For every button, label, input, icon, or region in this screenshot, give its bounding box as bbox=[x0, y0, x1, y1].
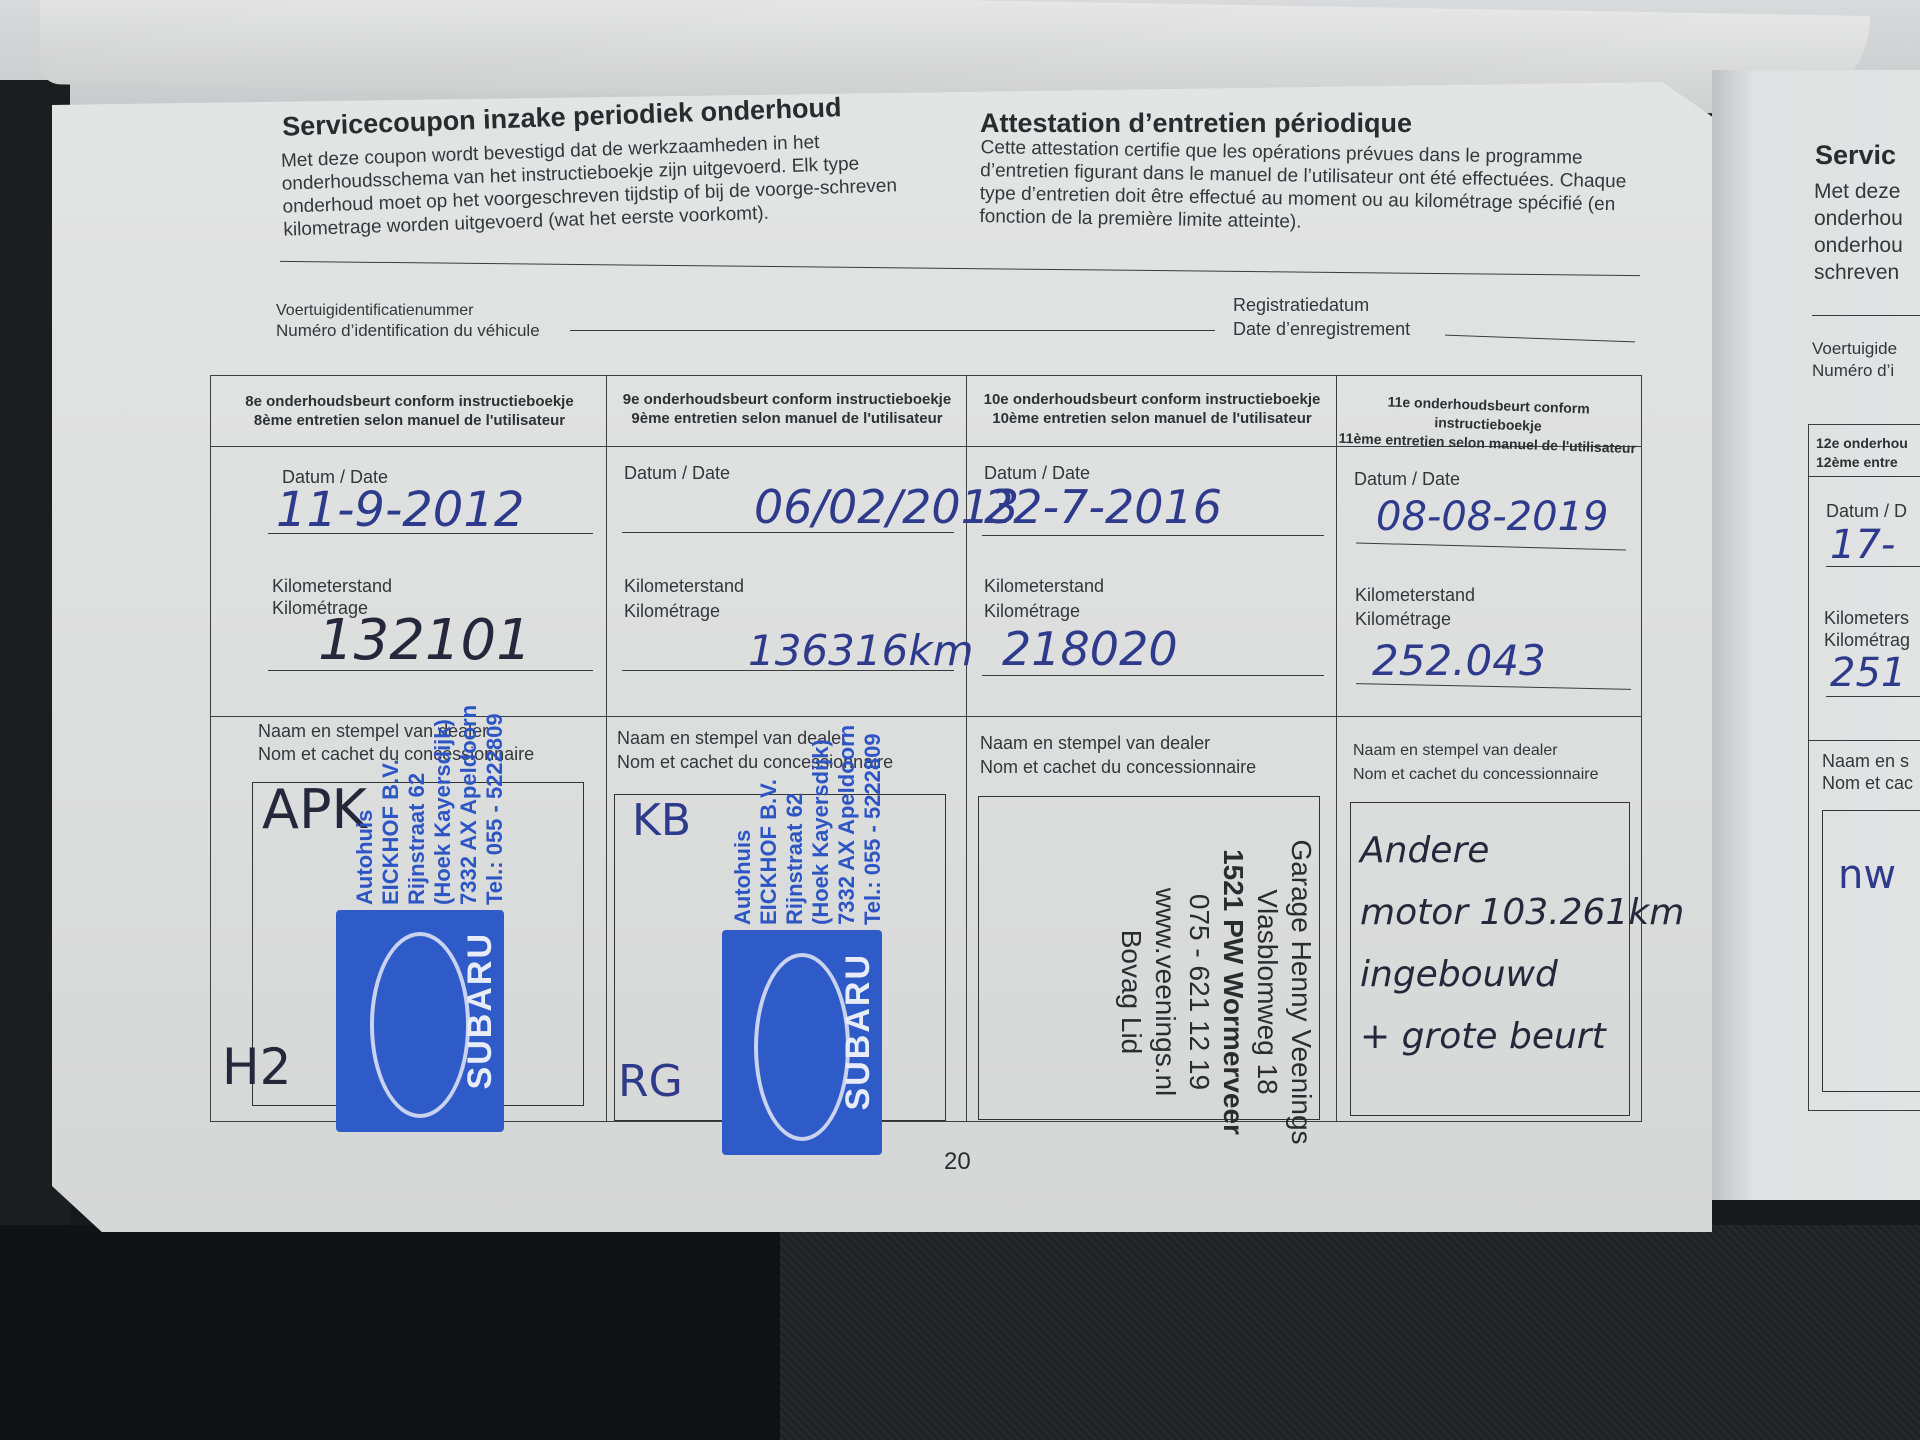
next-page-km[interactable]: 251 bbox=[1830, 650, 1906, 696]
stamp-line: Vlasblomweg 18 bbox=[1250, 782, 1284, 1202]
service-10-dealer-label-nl: Naam en stempel van dealer bbox=[980, 732, 1210, 754]
service-11-km-label-fr: Kilométrage bbox=[1355, 608, 1451, 630]
label-line: Kilométrag bbox=[1824, 629, 1910, 651]
km-line bbox=[982, 675, 1324, 676]
row-divider bbox=[1808, 476, 1920, 477]
next-page-km-label: Kilometers Kilométrag bbox=[1824, 607, 1910, 651]
service-10-dealer-label-fr: Nom et cachet du concessionnaire bbox=[980, 756, 1256, 778]
next-page-dealer-label: Naam en s Nom et cac bbox=[1822, 750, 1913, 794]
next-page-date-label: Datum / D bbox=[1826, 500, 1907, 522]
stamp-line: Bovag Lid bbox=[1114, 782, 1148, 1202]
service-11-dealer-label-nl: Naam en stempel van dealer bbox=[1353, 740, 1558, 762]
date-line bbox=[982, 535, 1324, 536]
reg-label-fr: Date d’enregistrement bbox=[1233, 318, 1410, 340]
stamp-brand: SUBARU bbox=[839, 953, 878, 1110]
service-8-date[interactable]: 11-9-2012 bbox=[276, 482, 524, 538]
service-10-km[interactable]: 218020 bbox=[1002, 622, 1178, 676]
stamp-line: Tel.: 055 - 5222809 bbox=[860, 725, 886, 925]
label-line: Numéro d’i bbox=[1812, 360, 1897, 382]
col-divider bbox=[606, 376, 607, 1121]
stamp-line: 7332 AX Apeldoorn bbox=[456, 705, 482, 905]
service-11-date[interactable]: 08-08-2019 bbox=[1376, 494, 1608, 540]
next-page-header: 12e onderhou 12ème entre bbox=[1816, 434, 1908, 472]
stamp-line: Rijnstraat 62 bbox=[404, 705, 430, 905]
row-divider bbox=[1808, 740, 1920, 741]
stamp-line: Autohuis bbox=[730, 725, 756, 925]
next-page-title: Servic bbox=[1815, 140, 1896, 171]
service-10-dealer-stamp: Garage Henny Veenings Vlasblomweg 18 152… bbox=[1114, 782, 1318, 1202]
fr-intro-text: Cette attestation certifie que les opéra… bbox=[979, 136, 1661, 240]
next-page-vin: Voertuigide Numéro d’i bbox=[1812, 338, 1897, 382]
stamp-line: www.veenings.nl bbox=[1148, 782, 1182, 1202]
service-10-header-fr: 10ème entretien selon manuel de l'utilis… bbox=[968, 409, 1336, 428]
stamp-line: 7332 AX Apeldoorn bbox=[834, 725, 860, 925]
service-8-header-fr: 8ème entretien selon manuel de l'utilisa… bbox=[212, 411, 607, 430]
stamp-line: Garage Henny Veenings bbox=[1284, 782, 1318, 1202]
subaru-logo-stamp: SUBARU bbox=[336, 910, 504, 1132]
service-9-date[interactable]: 06/02/2013 bbox=[754, 480, 1019, 534]
car-seat-fabric bbox=[780, 1225, 1920, 1440]
text-line: Met deze bbox=[1814, 178, 1920, 205]
header-line: 12ème entre bbox=[1816, 453, 1908, 472]
km-line bbox=[268, 670, 593, 671]
next-page-text: Met deze onderhou onderhou schreven bbox=[1814, 178, 1920, 286]
header-line: 12e onderhou bbox=[1816, 434, 1908, 453]
service-9-header-nl: 9e onderhoudsbeurt conform instructieboe… bbox=[608, 390, 966, 409]
subaru-logo-stamp: SUBARU bbox=[722, 930, 882, 1155]
stamp-line: Autohuis bbox=[352, 705, 378, 905]
text-line: onderhou bbox=[1814, 205, 1920, 232]
service-11-note: Andere motor 103.261km ingebouwd + grote… bbox=[1360, 820, 1684, 1068]
service-10-header-nl: 10e onderhoudsbeurt conform instructiebo… bbox=[968, 390, 1336, 409]
date-line bbox=[1826, 566, 1920, 567]
service-8-dealer-stamp: Autohuis EICKHOF B.V. Rijnstraat 62 (Hoe… bbox=[352, 705, 508, 905]
car-seat-dark bbox=[0, 1225, 790, 1440]
label-line: Voertuigide bbox=[1812, 338, 1897, 360]
next-page-date[interactable]: 17- bbox=[1830, 522, 1895, 568]
stamp-line: (Hoek Kayersdijk) bbox=[430, 705, 456, 905]
service-10-km-label-fr: Kilométrage bbox=[984, 600, 1080, 622]
stamp-line: (Hoek Kayersdijk) bbox=[808, 725, 834, 925]
label-line: Kilometers bbox=[1824, 607, 1910, 629]
subaru-stars-icon bbox=[754, 953, 850, 1141]
stamp-line: 075 - 621 12 19 bbox=[1182, 782, 1216, 1202]
note-line: Andere bbox=[1360, 820, 1684, 882]
note-line: ingebouwd bbox=[1360, 944, 1684, 1006]
km-line bbox=[1826, 696, 1920, 697]
fr-title: Attestation d’entretien périodique bbox=[980, 108, 1412, 139]
service-11-dealer-label-fr: Nom et cachet du concessionnaire bbox=[1353, 764, 1598, 786]
date-line bbox=[268, 533, 593, 534]
subaru-stars-icon bbox=[370, 932, 470, 1118]
service-11-header: 11e onderhoudsbeurt conform instructiebo… bbox=[1337, 391, 1639, 458]
text-line: onderhou bbox=[1814, 232, 1920, 259]
service-9-note-initials-top: KB bbox=[632, 795, 691, 846]
label-line: Nom et cac bbox=[1822, 772, 1913, 794]
text-line: schreven bbox=[1814, 259, 1920, 286]
next-page-note: nw bbox=[1838, 852, 1896, 898]
service-9-km-label-nl: Kilometerstand bbox=[624, 575, 744, 597]
note-line: motor 103.261km bbox=[1360, 882, 1684, 944]
col-divider bbox=[1336, 376, 1337, 1121]
service-9-km[interactable]: 136316km bbox=[748, 626, 974, 675]
service-9-dealer-stamp: Autohuis EICKHOF B.V. Rijnstraat 62 (Hoe… bbox=[730, 725, 886, 925]
service-8-km[interactable]: 132101 bbox=[318, 608, 532, 673]
service-9-header-fr: 9ème entretien selon manuel de l'utilisa… bbox=[608, 409, 966, 428]
date-line bbox=[622, 532, 954, 533]
service-9-km-label-fr: Kilométrage bbox=[624, 600, 720, 622]
service-8-header: 8e onderhoudsbeurt conform instructieboe… bbox=[212, 392, 607, 430]
stamp-line: Tel.: 055 - 5222809 bbox=[482, 705, 508, 905]
page-number: 20 bbox=[944, 1148, 971, 1176]
service-8-note-initials: H2 bbox=[222, 1038, 291, 1096]
service-11-km-label-nl: Kilometerstand bbox=[1355, 584, 1475, 606]
stamp-line: EICKHOF B.V. bbox=[756, 725, 782, 925]
service-9-header: 9e onderhoudsbeurt conform instructieboe… bbox=[608, 390, 966, 428]
service-10-km-label-nl: Kilometerstand bbox=[984, 575, 1104, 597]
stamp-line: 1521 PW Wormerveer bbox=[1216, 782, 1250, 1202]
service-8-header-nl: 8e onderhoudsbeurt conform instructieboe… bbox=[212, 392, 607, 411]
note-line: + grote beurt bbox=[1360, 1006, 1684, 1068]
stamp-brand: SUBARU bbox=[461, 932, 500, 1089]
km-line bbox=[622, 670, 954, 671]
vin-label-fr: Numéro d’identification du véhicule bbox=[276, 320, 540, 342]
next-page-divider bbox=[1812, 315, 1920, 316]
stamp-line: EICKHOF B.V. bbox=[378, 705, 404, 905]
service-9-date-label: Datum / Date bbox=[624, 462, 730, 484]
reg-label-nl: Registratiedatum bbox=[1233, 294, 1369, 316]
service-10-header: 10e onderhoudsbeurt conform instructiebo… bbox=[968, 390, 1336, 428]
label-line: Naam en s bbox=[1822, 750, 1913, 772]
service-8-km-label-nl: Kilometerstand bbox=[272, 575, 392, 597]
service-11-date-label: Datum / Date bbox=[1354, 468, 1460, 490]
stamp-line: Rijnstraat 62 bbox=[782, 725, 808, 925]
vin-label-nl: Voertuigidentificatienummer bbox=[276, 300, 473, 322]
service-10-date[interactable]: 22-7-2016 bbox=[984, 480, 1222, 534]
service-9-note-initials-bottom: RG bbox=[618, 1056, 683, 1107]
service-11-km[interactable]: 252.043 bbox=[1372, 636, 1546, 685]
vin-field[interactable] bbox=[570, 330, 1215, 331]
